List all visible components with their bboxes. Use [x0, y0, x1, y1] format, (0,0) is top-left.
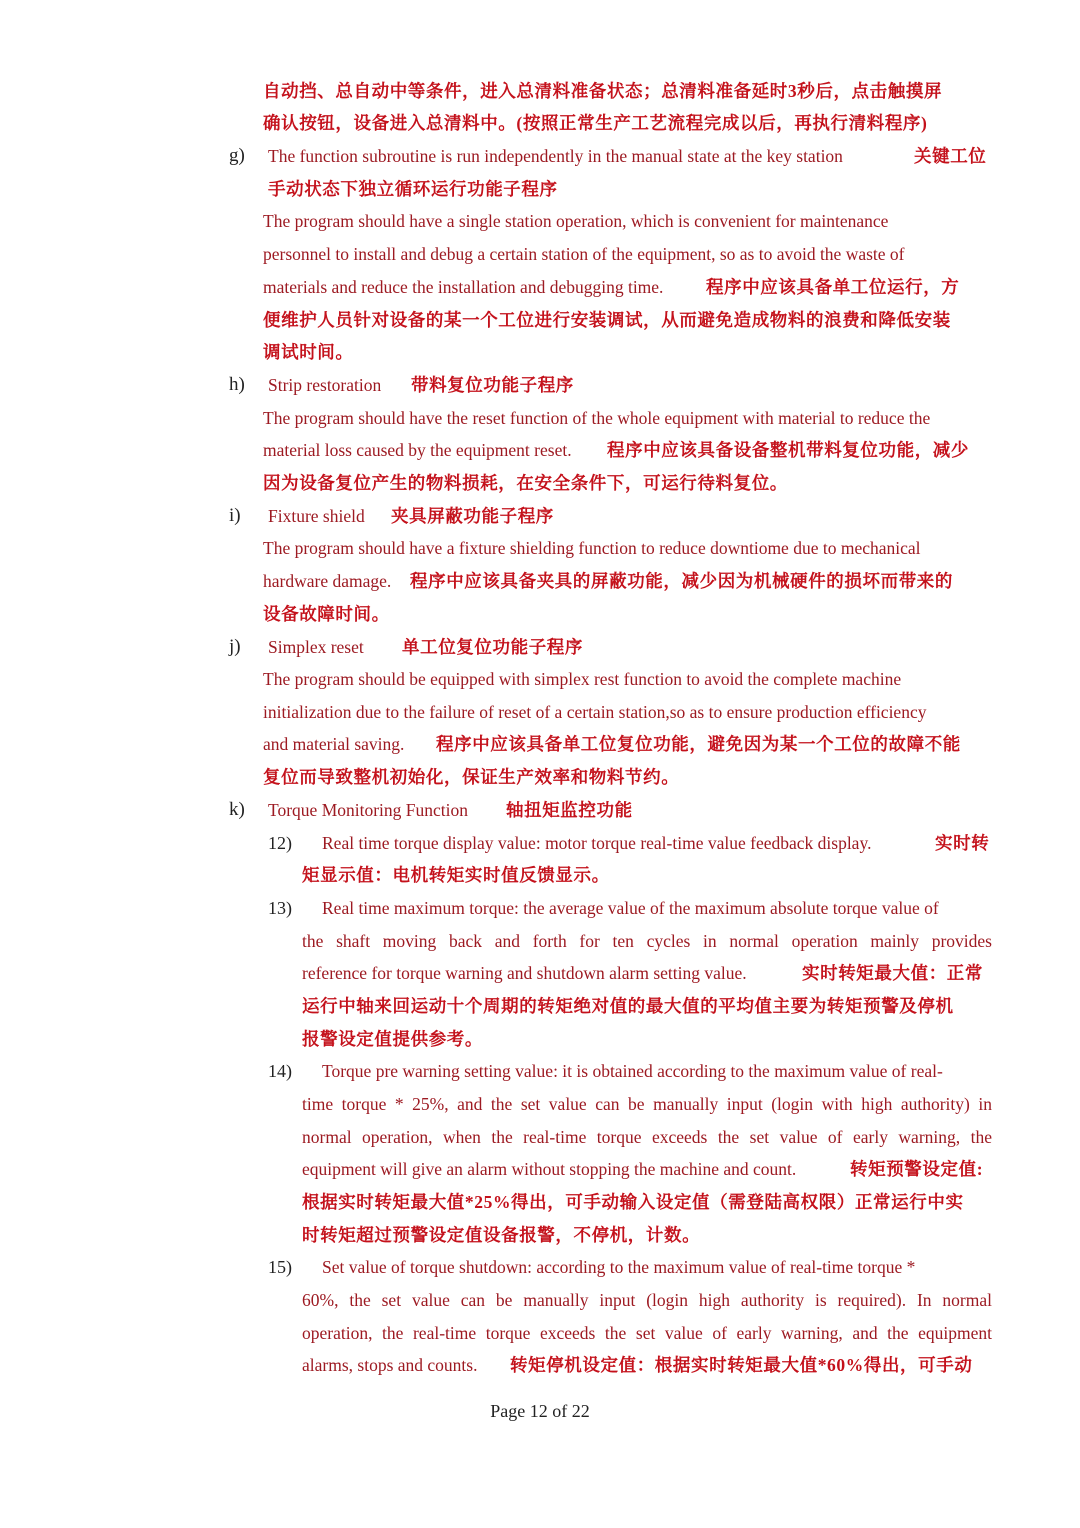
subitem-15-line-3: operation, the real-time torque exceeds …	[302, 1321, 992, 1345]
item-i-title-cn: 夹具屏蔽功能子程序	[391, 504, 554, 528]
item-j-body-1: The program should be equipped with simp…	[263, 667, 901, 691]
item-j-title-cn: 单工位复位功能子程序	[402, 635, 583, 659]
subitem-13-line-6: 报警设定值提供参考。	[302, 1027, 483, 1051]
subitem-13-line-1: Real time maximum torque: the average va…	[322, 896, 939, 920]
subitem-14-line-1: Torque pre warning setting value: it is …	[322, 1059, 943, 1083]
subitem-number-12: 12)	[268, 831, 292, 855]
subitem-12-line-3: 矩显示值：电机转矩实时值反馈显示。	[302, 863, 610, 887]
item-g-title-cn-2: 手动状态下独立循环运行功能子程序	[268, 177, 558, 201]
subitem-14-line-6: 根据实时转矩最大值*25%得出，可手动输入设定值（需登陆高权限）正常运行中实	[302, 1190, 964, 1214]
continuation-line-2: 确认按钮，设备进入总清料中。(按照正常生产工艺流程完成以后，再执行清料程序)	[263, 111, 927, 135]
item-h-title-en: Strip restoration	[268, 373, 381, 397]
item-g-body-1: The program should have a single station…	[263, 209, 888, 233]
item-h-body-2: material loss caused by the equipment re…	[263, 438, 572, 462]
item-i-body-1: The program should have a fixture shield…	[263, 536, 921, 560]
subitem-number-13: 13)	[268, 896, 292, 920]
item-g-body-3: materials and reduce the installation an…	[263, 275, 663, 299]
item-i-body-2: hardware damage.	[263, 569, 391, 593]
subitem-15-line-2: 60%, the set value can be manually input…	[302, 1288, 992, 1312]
item-k-title-en: Torque Monitoring Function	[268, 798, 468, 822]
item-marker-h: h)	[229, 373, 245, 397]
subitem-14-line-5: 转矩预警设定值:	[850, 1157, 983, 1181]
item-i-title-en: Fixture shield	[268, 504, 365, 528]
continuation-line-1: 自动挡、总自动中等条件，进入总清料准备状态；总清料准备延时3秒后，点击触摸屏	[263, 79, 942, 103]
subitem-13-line-5: 运行中轴来回运动十个周期的转矩绝对值的最大值的平均值主要为转矩预警及停机	[302, 994, 954, 1018]
subitem-15-line-5: 转矩停机设定值：根据实时转矩最大值*60%得出，可手动	[510, 1353, 972, 1377]
item-g-title-en: The function subroutine is run independe…	[268, 144, 843, 168]
subitem-14-line-4: equipment will give an alarm without sto…	[302, 1157, 796, 1181]
subitem-number-15: 15)	[268, 1255, 292, 1279]
subitem-12-line-1: Real time torque display value: motor to…	[322, 831, 871, 855]
item-j-body-5: 复位而导致整机初始化，保证生产效率和物料节约。	[263, 765, 679, 789]
document-page: 自动挡、总自动中等条件，进入总清料准备状态；总清料准备延时3秒后，点击触摸屏 确…	[0, 0, 1080, 1528]
item-marker-k: k)	[229, 798, 245, 822]
item-j-title-en: Simplex reset	[268, 635, 364, 659]
subitem-13-line-4: 实时转矩最大值：正常	[802, 961, 983, 985]
page-number-footer: Page 12 of 22	[0, 1401, 1080, 1422]
subitem-14-line-2: time torque * 25%, and the set value can…	[302, 1092, 992, 1116]
subitem-number-14: 14)	[268, 1059, 292, 1083]
item-g-title-cn-1: 关键工位	[914, 144, 986, 168]
subitem-14-line-3: normal operation, when the real-time tor…	[302, 1125, 992, 1149]
item-g-body-6: 调试时间。	[263, 340, 354, 364]
subitem-13-line-3: reference for torque warning and shutdow…	[302, 961, 747, 985]
item-i-body-3: 程序中应该具备夹具的屏蔽功能，减少因为机械硬件的损坏而带来的	[410, 569, 953, 593]
subitem-12-line-2: 实时转	[935, 831, 989, 855]
item-g-body-2: personnel to install and debug a certain…	[263, 242, 905, 266]
subitem-13-line-2: the shaft moving back and forth for ten …	[302, 929, 992, 953]
item-marker-i: i)	[229, 504, 241, 528]
item-g-body-4: 程序中应该具备单工位运行，方	[706, 275, 959, 299]
item-g-body-5: 便维护人员针对设备的某一个工位进行安装调试，从而避免造成物料的浪费和降低安装	[263, 308, 951, 332]
item-h-body-4: 因为设备复位产生的物料损耗，在安全条件下，可运行待料复位。	[263, 471, 788, 495]
item-j-body-3: and material saving.	[263, 732, 404, 756]
item-marker-g: g)	[229, 144, 245, 168]
subitem-14-line-7: 时转矩超过预警设定值设备报警，不停机，计数。	[302, 1223, 700, 1247]
item-j-body-2: initialization due to the failure of res…	[263, 700, 926, 724]
subitem-15-line-4: alarms, stops and counts.	[302, 1353, 477, 1377]
item-h-body-1: The program should have the reset functi…	[263, 406, 930, 430]
item-i-body-4: 设备故障时间。	[263, 602, 390, 626]
subitem-15-line-1: Set value of torque shutdown: according …	[322, 1255, 915, 1279]
item-h-title-cn: 带料复位功能子程序	[411, 373, 574, 397]
item-h-body-3: 程序中应该具备设备整机带料复位功能，减少	[607, 438, 969, 462]
item-j-body-4: 程序中应该具备单工位复位功能，避免因为某一个工位的故障不能	[436, 732, 961, 756]
item-marker-j: j)	[229, 635, 241, 659]
item-k-title-cn: 轴扭矩监控功能	[506, 798, 633, 822]
